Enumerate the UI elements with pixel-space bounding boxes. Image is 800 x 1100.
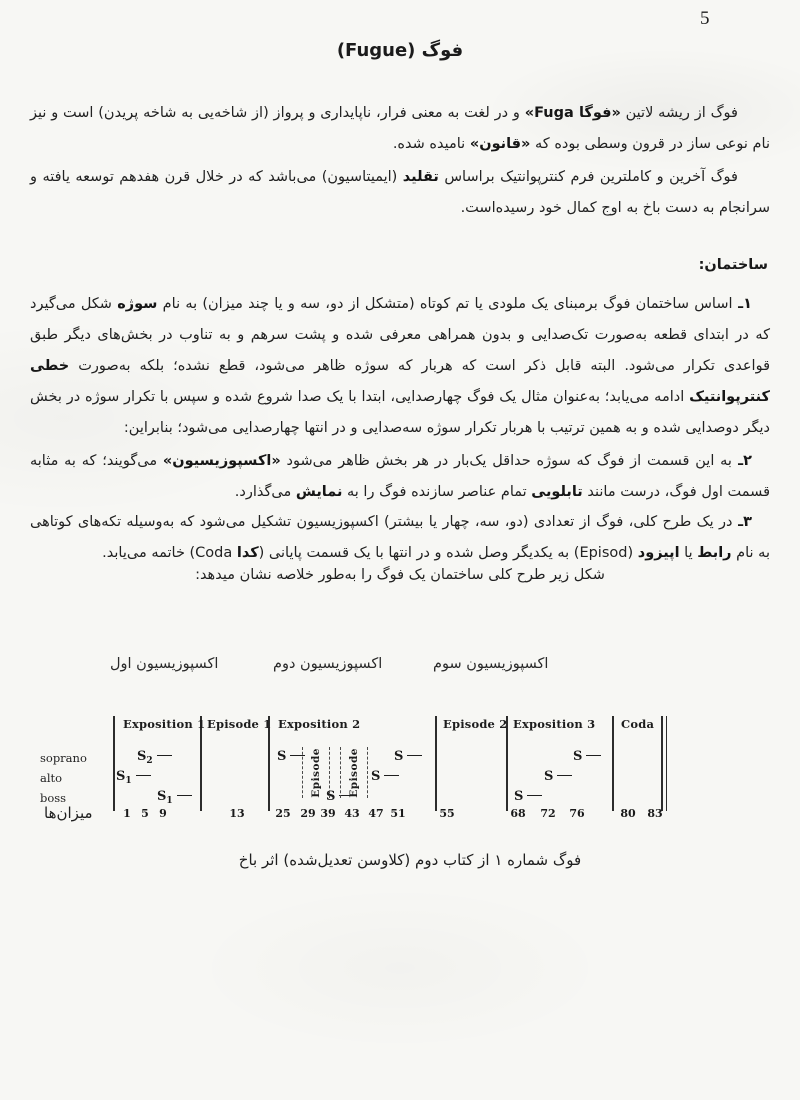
text-run: اساس ساختمان فوگ برمبنای یک ملودی یا تم … bbox=[157, 296, 732, 312]
bold-text-run: «قانون» bbox=[470, 136, 531, 152]
paragraph: فوگ آخرین و کاملترین فرم کنترپوانتیک برا… bbox=[30, 162, 770, 224]
intro-paragraphs: فوگ از ریشه لاتین «فوگا Fuga» و در لغت ب… bbox=[30, 98, 770, 226]
bold-text-run: ۲ـ bbox=[732, 453, 752, 469]
voice-label: boss bbox=[40, 791, 66, 805]
bold-text-run: اپیزود bbox=[638, 545, 680, 561]
diagram-section-label: Coda bbox=[621, 717, 654, 731]
measure-number: 55 bbox=[439, 807, 454, 820]
measure-number: 76 bbox=[569, 807, 584, 820]
paragraph: فوگ از ریشه لاتین «فوگا Fuga» و در لغت ب… bbox=[30, 98, 770, 160]
exposition-label-persian: اکسپوزیسیون اول bbox=[110, 656, 218, 672]
text-run: می‌گذارد. bbox=[235, 484, 296, 500]
measure-number: 1 bbox=[123, 807, 131, 820]
figure-intro-line: شکل زیر طرح کلی ساختمان یک فوگ را به‌طور… bbox=[30, 567, 770, 583]
measure-number: 51 bbox=[390, 807, 405, 820]
diagram-section-label: Exposition 1 bbox=[123, 717, 205, 731]
measure-number: 43 bbox=[344, 807, 359, 820]
bold-text-run: ۳ـ bbox=[732, 514, 752, 530]
list-item-paragraph: ۳ـ در یک طرح کلی، فوگ از تعدادی (دو، سه،… bbox=[30, 507, 770, 569]
voice-label: soprano bbox=[40, 751, 87, 765]
section-heading: ساختمان: bbox=[699, 257, 768, 273]
subject-entry-mark: S1 bbox=[116, 769, 151, 789]
episode-bridge-box: Episode bbox=[340, 747, 368, 798]
bold-text-run: نمایش bbox=[296, 484, 343, 500]
subject-duration-dash bbox=[136, 775, 151, 777]
subject-duration-dash bbox=[586, 755, 601, 757]
subject-entry-mark: S bbox=[371, 769, 399, 784]
bold-text-run: تابلویی bbox=[531, 484, 582, 500]
episode-vertical-label: Episode bbox=[310, 748, 322, 798]
measure-number: 83 bbox=[647, 807, 662, 820]
structure-item-3: ۳ـ در یک طرح کلی، فوگ از تعدادی (دو، سه،… bbox=[30, 507, 770, 571]
exposition-label-persian: اکسپوزیسیون دوم bbox=[273, 656, 382, 672]
measure-number: 47 bbox=[368, 807, 383, 820]
subject-entry-mark: S bbox=[573, 749, 601, 764]
diagram-section-label: Episode 1 bbox=[207, 717, 271, 731]
structure-item-2: ۲ـ به این قسمت از فوگ که سوژه حداقل یک‌ب… bbox=[30, 446, 770, 510]
page-number: 5 bbox=[700, 8, 710, 30]
diagram-barline bbox=[612, 716, 614, 811]
text-run: ادامه می‌یابد؛ به‌عنوان مثال یک فوگ چهار… bbox=[30, 389, 770, 436]
subject-duration-dash bbox=[384, 775, 399, 777]
measure-number: 68 bbox=[510, 807, 525, 820]
diagram-section-label: Exposition 3 bbox=[513, 717, 595, 731]
measure-number: 25 bbox=[275, 807, 290, 820]
subject-duration-dash bbox=[527, 795, 542, 797]
text-run: (Episod) به یکدیگر وصل شده و در انتها با… bbox=[259, 545, 638, 561]
bold-text-run: «اکسپوزیسیون» bbox=[163, 453, 281, 469]
bold-text-run: سوژه bbox=[117, 296, 157, 312]
diagram-section-label: Exposition 2 bbox=[278, 717, 360, 731]
measures-axis-label: میزان‌ها bbox=[44, 804, 93, 822]
exposition-label-persian: اکسپوزیسیون سوم bbox=[433, 656, 548, 672]
measure-number: 5 bbox=[141, 807, 149, 820]
text-run: فوگ آخرین و کاملترین فرم کنترپوانتیک برا… bbox=[439, 169, 738, 185]
text-run: تمام عناصر سازنده فوگ را به bbox=[342, 484, 531, 500]
scanned-book-page: 5 فوگ (Fugue) فوگ از ریشه لاتین «فوگا Fu… bbox=[0, 0, 800, 1100]
bold-text-run: رابط bbox=[697, 545, 731, 561]
list-item-paragraph: ۲ـ به این قسمت از فوگ که سوژه حداقل یک‌ب… bbox=[30, 446, 770, 508]
subject-entry-mark: S1 bbox=[157, 789, 192, 809]
subject-duration-dash bbox=[157, 755, 172, 757]
diagram-section-label: Episode 2 bbox=[443, 717, 507, 731]
diagram-barline bbox=[435, 716, 437, 811]
diagram-barline bbox=[666, 716, 668, 811]
measure-number: 72 bbox=[540, 807, 555, 820]
subject-duration-dash bbox=[557, 775, 572, 777]
bold-text-run: «فوگا Fuga» bbox=[525, 105, 621, 121]
measure-number: 80 bbox=[620, 807, 635, 820]
bold-text-run: ۱ـ bbox=[733, 296, 752, 312]
bold-text-run: تقلید bbox=[403, 169, 439, 185]
episode-bridge-box: Episode bbox=[302, 747, 330, 798]
text-run: یا bbox=[680, 545, 698, 561]
diagram-barline bbox=[113, 716, 115, 811]
list-item-paragraph: ۱ـ اساس ساختمان فوگ برمبنای یک ملودی یا … bbox=[30, 289, 770, 444]
text-run: Coda) خاتمه می‌یابد. bbox=[102, 545, 237, 561]
measure-number: 13 bbox=[229, 807, 244, 820]
voice-label: alto bbox=[40, 771, 62, 785]
diagram-barline bbox=[661, 716, 663, 811]
subject-duration-dash bbox=[407, 755, 422, 757]
subject-entry-mark: S2 bbox=[137, 749, 172, 769]
subject-entry-mark: S bbox=[514, 789, 542, 804]
text-run: به این قسمت از فوگ که سوژه حداقل یک‌بار … bbox=[281, 453, 732, 469]
text-run: نامیده شده. bbox=[393, 136, 470, 152]
fugue-structure-diagram: میزان‌ها اکسپوزیسیون اولاکسپوزیسیون دوما… bbox=[0, 645, 800, 850]
measure-number: 29 bbox=[300, 807, 315, 820]
structure-item-1: ۱ـ اساس ساختمان فوگ برمبنای یک ملودی یا … bbox=[30, 289, 770, 446]
bold-text-run: کدا bbox=[237, 545, 259, 561]
text-run: فوگ از ریشه لاتین bbox=[621, 105, 738, 121]
subject-duration-dash bbox=[177, 795, 192, 797]
measure-number: 39 bbox=[320, 807, 335, 820]
subject-entry-mark: S bbox=[394, 749, 422, 764]
page-title: فوگ (Fugue) bbox=[0, 40, 800, 61]
measure-number: 9 bbox=[159, 807, 167, 820]
episode-vertical-label: Episode bbox=[348, 748, 360, 798]
subject-entry-mark: S bbox=[544, 769, 572, 784]
figure-caption: فوگ شماره ۱ از کتاب دوم (کلاوسن تعدیل‌شد… bbox=[30, 851, 790, 869]
